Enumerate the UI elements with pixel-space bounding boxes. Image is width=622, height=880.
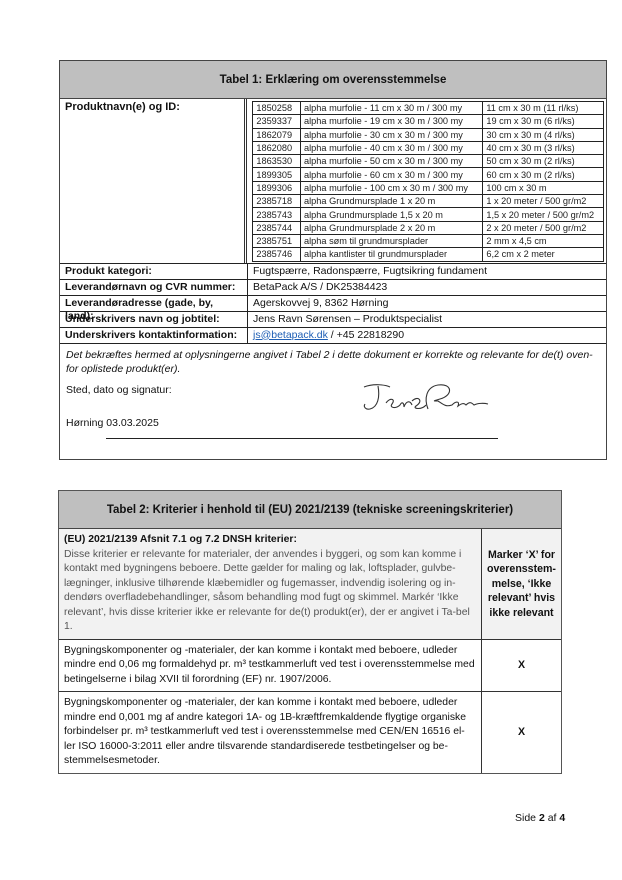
product-spec: 11 cm x 30 m (11 rl/ks) — [483, 102, 604, 115]
product-row: 2385743alpha Grundmursplade 1,5 x 20 m1,… — [253, 208, 604, 221]
product-spec: 30 cm x 30 m (4 rl/ks) — [483, 128, 604, 141]
criterion-row: Bygningskomponenter og -materialer, der … — [59, 692, 561, 773]
signer-value: Jens Ravn Sørensen – Produktspecialist — [248, 312, 447, 327]
product-id: 2359337 — [253, 115, 301, 128]
product-name: alpha murfolie - 60 cm x 30 m / 300 my — [301, 168, 483, 181]
supplier-row: Leverandørnavn og CVR nummer: BetaPack A… — [60, 280, 606, 296]
product-row: 2385751alpha søm til grundmursplader2 mm… — [253, 234, 604, 247]
criteria-intro-heading: (EU) 2021/2139 Afsnit 7.1 og 7.2 DNSH kr… — [64, 534, 297, 545]
product-spec: 60 cm x 30 m (2 rl/ks) — [483, 168, 604, 181]
product-id: 1862079 — [253, 128, 301, 141]
supplier-value: BetaPack A/S / DK25384423 — [248, 280, 392, 295]
product-name: alpha murfolie - 100 cm x 30 m / 300 my — [301, 181, 483, 194]
declaration-table: Tabel 1: Erklæring om overensstemmelse P… — [59, 60, 607, 460]
product-id: 1899306 — [253, 181, 301, 194]
product-row: 1850258alpha murfolie - 11 cm x 30 m / 3… — [253, 102, 604, 115]
signature-label: Sted, dato og signatur: — [66, 384, 600, 396]
contact-label: Underskrivers kontaktinformation: — [60, 328, 248, 343]
product-id: 1863530 — [253, 155, 301, 168]
address-row: Leverandøradresse (gade, by, land): Ager… — [60, 296, 606, 312]
product-spec: 50 cm x 30 m (2 rl/ks) — [483, 155, 604, 168]
product-spec: 6,2 cm x 2 meter — [483, 248, 604, 261]
product-id: 1850258 — [253, 102, 301, 115]
product-spec: 2 x 20 meter / 500 gr/m2 — [483, 221, 604, 234]
confirmation-section: Det bekræftes hermed at oplysningerne an… — [60, 344, 606, 459]
product-spec: 2 mm x 4,5 cm — [483, 234, 604, 247]
product-row: 1899306alpha murfolie - 100 cm x 30 m / … — [253, 181, 604, 194]
product-id: 1862080 — [253, 141, 301, 154]
email-link[interactable]: js@betapack.dk — [253, 329, 328, 341]
phone-text: / +45 22818290 — [328, 329, 404, 341]
address-label: Leverandøradresse (gade, by, land): — [60, 296, 248, 311]
product-row: 2359337alpha murfolie - 19 cm x 30 m / 3… — [253, 115, 604, 128]
criteria-table: Tabel 2: Kriterier i henhold til (EU) 20… — [58, 490, 562, 774]
total-pages: 4 — [559, 812, 565, 824]
criterion-row: Bygningskomponenter og -materialer, der … — [59, 640, 561, 693]
confirmation-text: Det bekræftes hermed at oplysningerne an… — [66, 348, 600, 376]
category-value: Fugtspærre, Radonspærre, Fugtsikring fun… — [248, 264, 492, 279]
product-name: alpha søm til grundmursplader — [301, 234, 483, 247]
contact-value: js@betapack.dk / +45 22818290 — [248, 328, 409, 343]
product-name: alpha murfolie - 40 cm x 30 m / 300 my — [301, 141, 483, 154]
product-row: 1862079alpha murfolie - 30 cm x 30 m / 3… — [253, 128, 604, 141]
product-id: 1899305 — [253, 168, 301, 181]
product-name: alpha Grundmursplade 1,5 x 20 m — [301, 208, 483, 221]
criteria-intro-row: (EU) 2021/2139 Afsnit 7.1 og 7.2 DNSH kr… — [59, 529, 561, 640]
contact-row: Underskrivers kontaktinformation: js@bet… — [60, 328, 606, 344]
product-name: alpha murfolie - 30 cm x 30 m / 300 my — [301, 128, 483, 141]
product-spec: 40 cm x 30 m (3 rl/ks) — [483, 141, 604, 154]
product-row: 1863530alpha murfolie - 50 cm x 30 m / 3… — [253, 155, 604, 168]
products-label: Produktnavn(e) og ID: — [60, 99, 247, 263]
address-value: Agerskovvej 9, 8362 Hørning — [248, 296, 393, 311]
product-name: alpha Grundmursplade 2 x 20 m — [301, 221, 483, 234]
product-row: 2385746alpha kantlister til grundmurspla… — [253, 248, 604, 261]
supplier-label: Leverandørnavn og CVR nummer: — [60, 280, 248, 295]
products-row: Produktnavn(e) og ID: 1850258alpha murfo… — [60, 99, 606, 264]
signature-image: Jens Ravn — [360, 379, 490, 419]
product-spec: 100 cm x 30 m — [483, 181, 604, 194]
page-prefix: Side — [515, 812, 539, 824]
criterion-text: Bygningskomponenter og -materialer, der … — [59, 692, 482, 773]
product-row: 1899305alpha murfolie - 60 cm x 30 m / 3… — [253, 168, 604, 181]
criteria-table-title: Tabel 2: Kriterier i henhold til (EU) 20… — [59, 491, 561, 529]
products-list: 1850258alpha murfolie - 11 cm x 30 m / 3… — [247, 99, 606, 263]
criteria-intro: (EU) 2021/2139 Afsnit 7.1 og 7.2 DNSH kr… — [59, 529, 482, 639]
product-name: alpha murfolie - 19 cm x 30 m / 300 my — [301, 115, 483, 128]
product-row: 2385744alpha Grundmursplade 2 x 20 m2 x … — [253, 221, 604, 234]
product-name: alpha Grundmursplade 1 x 20 m — [301, 195, 483, 208]
criterion-mark[interactable]: X — [482, 692, 561, 773]
place-date: Hørning 03.03.2025 — [66, 417, 159, 429]
product-name: alpha murfolie - 50 cm x 30 m / 300 my — [301, 155, 483, 168]
product-row: 1862080alpha murfolie - 40 cm x 30 m / 3… — [253, 141, 604, 154]
declaration-table-title: Tabel 1: Erklæring om overensstemmelse — [60, 61, 606, 99]
product-id: 2385744 — [253, 221, 301, 234]
signature-line — [106, 438, 498, 439]
product-id: 2385751 — [253, 234, 301, 247]
signer-label: Underskrivers navn og jobtitel: — [60, 312, 248, 327]
products-table: 1850258alpha murfolie - 11 cm x 30 m / 3… — [252, 101, 604, 262]
product-spec: 19 cm x 30 m (6 rl/ks) — [483, 115, 604, 128]
product-row: 2385718alpha Grundmursplade 1 x 20 m1 x … — [253, 195, 604, 208]
product-spec: 1,5 x 20 meter / 500 gr/m2 — [483, 208, 604, 221]
product-spec: 1 x 20 meter / 500 gr/m2 — [483, 195, 604, 208]
page-number: Side 2 af 4 — [515, 812, 565, 824]
page-separator: af — [545, 812, 560, 824]
product-id: 2385743 — [253, 208, 301, 221]
category-label: Produkt kategori: — [60, 264, 248, 279]
product-id: 2385718 — [253, 195, 301, 208]
mark-column-header: Marker ‘X’ for overensstem-melse, ‘Ikke … — [482, 529, 561, 639]
signer-row: Underskrivers navn og jobtitel: Jens Rav… — [60, 312, 606, 328]
product-id: 2385746 — [253, 248, 301, 261]
product-name: alpha kantlister til grundmursplader — [301, 248, 483, 261]
category-row: Produkt kategori: Fugtspærre, Radonspærr… — [60, 264, 606, 280]
criterion-text: Bygningskomponenter og -materialer, der … — [59, 640, 482, 692]
criterion-mark[interactable]: X — [482, 640, 561, 692]
criteria-intro-text: Disse kriterier er relevante for materia… — [64, 549, 470, 633]
product-name: alpha murfolie - 11 cm x 30 m / 300 my — [301, 102, 483, 115]
